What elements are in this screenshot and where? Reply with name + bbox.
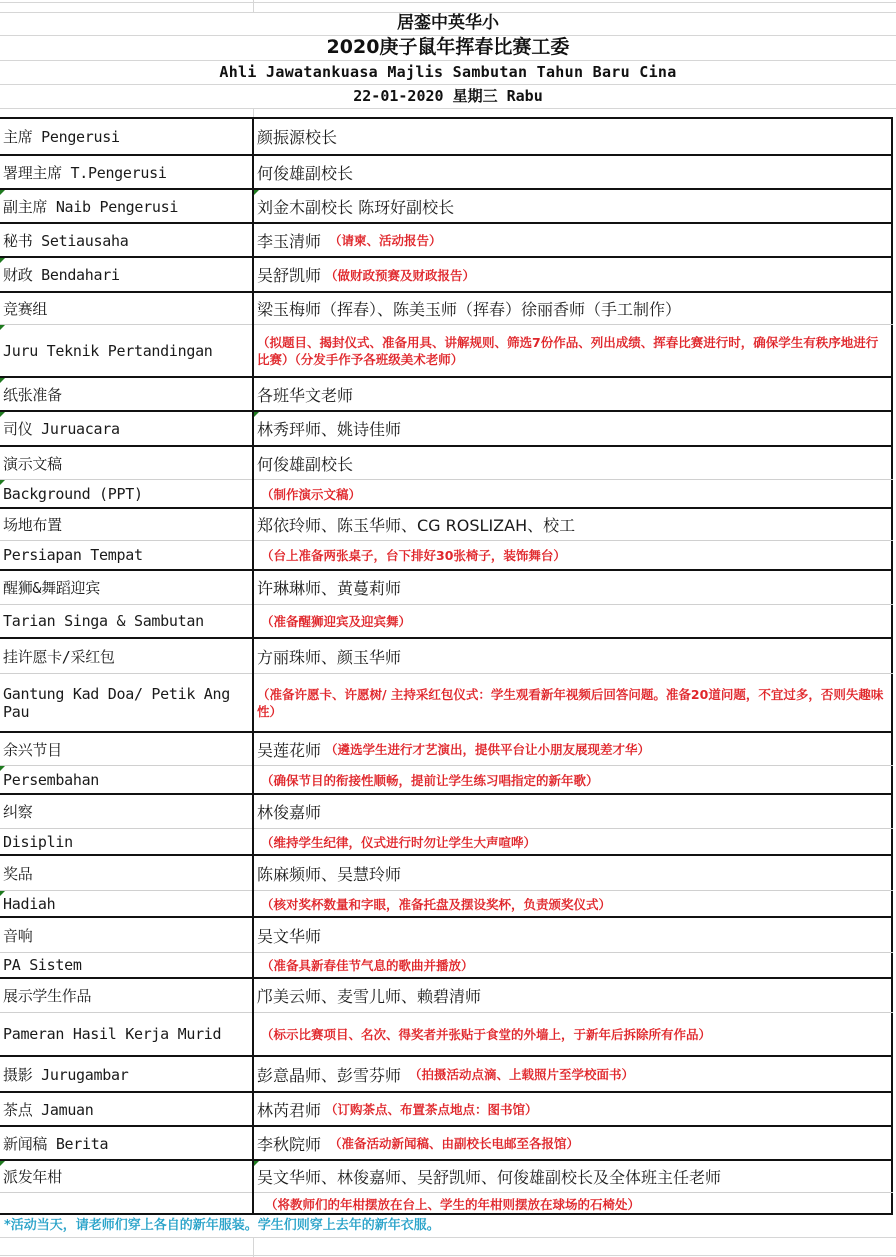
committee-table: 主席 Pengerusi 颜振源校长 署理主席 T.Pengerusi 何俊雄副… — [0, 117, 893, 1215]
members: 彭意晶师、彭雪芬师 — [257, 1063, 401, 1086]
task-note: （准备活动新闻稿、由副校长电邮至各报馆） — [329, 1134, 579, 1152]
task-note: （准备醒狮迎宾及迎宾舞） — [261, 612, 411, 630]
task-note: （标示比赛项目、名次、得奖者并张贴于食堂的外墙上，于新年后拆除所有作品） — [261, 1025, 711, 1043]
table-row: 演示文稿 何俊雄副校长 — [0, 445, 893, 479]
table-row: Persiapan Tempat （台上准备两张桌子，台下排好30张椅子，装饰舞… — [0, 540, 893, 569]
table-row: 余兴节目 吴莲花师（遴选学生进行才艺演出，提供平台让小朋友展现差才华） — [0, 731, 893, 765]
spreadsheet: 居銮中英华小 2020庚子鼠年挥春比赛工委 Ahli Jawatankuasa … — [0, 0, 896, 1257]
table-row: Disiplin （维持学生纪律，仪式进行时勿让学生大声喧哗） — [0, 828, 893, 854]
role-label: 竞赛组 — [3, 298, 47, 319]
gridline — [0, 1237, 896, 1238]
members: 何俊雄副校长 — [257, 161, 353, 184]
task-note: （请柬、活动报告） — [329, 231, 442, 249]
role-label: 秘书 Setiausaha — [3, 230, 128, 251]
task-note: （做财政预赛及财政报告） — [325, 266, 475, 284]
subtitle-malay: Ahli Jawatankuasa Majlis Sambutan Tahun … — [0, 60, 896, 84]
role-label: 纠察 — [3, 801, 32, 822]
table-row: 茶点 Jamuan 林芮君师（订购茶点、布置茶点地点：图书馆） — [0, 1091, 893, 1125]
members: 吴舒凯师 — [257, 263, 321, 286]
table-row: 副主席 Naib Pengerusi 刘金木副校长 陈玡好副校长 — [0, 188, 893, 222]
members: 郑依玲师、陈玉华师、CG ROSLIZAH、校工 — [257, 513, 575, 536]
members: 林芮君师 — [257, 1098, 321, 1121]
table-row: 纠察 林俊嘉师 — [0, 793, 893, 828]
role-label: 茶点 Jamuan — [3, 1099, 94, 1120]
footer-note: *活动当天，请老师们穿上各自的新年服装。学生们则穿上去年的新年衣服。 — [4, 1215, 440, 1237]
table-row: Persembahan （确保节目的衔接性顺畅，提前让学生练习唱指定的新年歌） — [0, 765, 893, 793]
task-note: （将教师们的年柑摆放在台上、学生的年柑则摆放在球场的石椅处） — [265, 1195, 640, 1213]
task-note: （订购茶点、布置茶点地点：图书馆） — [325, 1100, 538, 1118]
table-row: 司仪 Juruacara 林秀玶师、姚诗佳师 — [0, 410, 893, 445]
role-label: Persiapan Tempat — [3, 546, 143, 564]
role-label: 司仪 Juruacara — [3, 418, 120, 439]
role-label: Juru Teknik Pertandingan — [3, 342, 213, 360]
role-label: Background (PPT) — [3, 485, 143, 503]
role-label: 演示文稿 — [3, 453, 62, 474]
table-row: PA Sistem （准备具新春佳节气息的歌曲并播放） — [0, 952, 893, 977]
gridline — [253, 0, 254, 12]
members: 许琳琳师、黄蔓莉师 — [257, 576, 401, 599]
members: 何俊雄副校长 — [257, 452, 353, 475]
task-note: （核对奖杯数量和字眼，准备托盘及摆设奖杯，负责颁奖仪式） — [261, 895, 611, 913]
members: 方丽珠师、颜玉华师 — [257, 645, 401, 668]
page-title: 2020庚子鼠年挥春比赛工委 — [0, 35, 896, 60]
role-label: 挂许愿卡/采红包 — [3, 646, 115, 667]
table-row: 摄影 Jurugambar 彭意晶师、彭雪芬师（拍摄活动点滴、上载照片至学校面书… — [0, 1055, 893, 1091]
role-label: Gantung Kad Doa/ Petik Ang Pau — [3, 685, 252, 721]
event-date: 22-01-2020 星期三 Rabu — [0, 84, 896, 108]
table-row: 奖品 陈麻频师、吴慧玲师 — [0, 854, 893, 890]
role-label: 新闻稿 Berita — [3, 1133, 108, 1154]
role-label: 余兴节目 — [3, 739, 62, 760]
role-label: Persembahan — [3, 771, 99, 789]
gridline — [253, 1237, 254, 1257]
gridline — [0, 1255, 896, 1256]
role-label: 署理主席 T.Pengerusi — [3, 162, 167, 183]
members: 林俊嘉师 — [257, 800, 321, 823]
gridline — [253, 108, 254, 117]
table-row: 竞赛组 梁玉梅师（挥春）、陈美玉师（挥春）徐丽香师（手工制作） — [0, 291, 893, 324]
role-label: 纸张准备 — [3, 384, 62, 405]
school-name: 居銮中英华小 — [0, 12, 896, 35]
table-row: Pameran Hasil Kerja Murid （标示比赛项目、名次、得奖者… — [0, 1012, 893, 1055]
table-row: 主席 Pengerusi 颜振源校长 — [0, 119, 893, 154]
role-label: 音响 — [3, 925, 32, 946]
members: 颜振源校长 — [257, 125, 337, 148]
role-label: 派发年柑 — [3, 1166, 62, 1187]
table-row: 挂许愿卡/采红包 方丽珠师、颜玉华师 — [0, 637, 893, 673]
role-label: Tarian Singa & Sambutan — [3, 612, 204, 630]
members: 吴文华师、林俊嘉师、吴舒凯师、何俊雄副校长及全体班主任老师 — [257, 1165, 721, 1188]
role-label: PA Sistem — [3, 956, 82, 974]
role-label: 财政 Bendahari — [3, 264, 120, 285]
gridline — [0, 2, 896, 3]
role-label: Disiplin — [3, 833, 73, 851]
task-note: （遴选学生进行才艺演出，提供平台让小朋友展现差才华） — [325, 740, 650, 758]
task-note: （确保节目的衔接性顺畅，提前让学生练习唱指定的新年歌） — [261, 771, 599, 789]
members: 刘金木副校长 陈玡好副校长 — [257, 195, 454, 218]
table-row: 醒狮&舞蹈迎宾 许琳琳师、黄蔓莉师 — [0, 569, 893, 604]
members: 李秋院师 — [257, 1132, 321, 1155]
table-row: Tarian Singa & Sambutan （准备醒狮迎宾及迎宾舞） — [0, 604, 893, 637]
role-label: 奖品 — [3, 863, 32, 884]
table-row: 场地布置 郑依玲师、陈玉华师、CG ROSLIZAH、校工 — [0, 507, 893, 540]
members: 李玉清师 — [257, 229, 321, 252]
task-note: （准备具新春佳节气息的歌曲并播放） — [261, 956, 474, 974]
members: 梁玉梅师（挥春）、陈美玉师（挥春）徐丽香师（手工制作） — [257, 297, 681, 320]
table-row: 纸张准备 各班华文老师 — [0, 376, 893, 410]
role-label: 摄影 Jurugambar — [3, 1064, 128, 1085]
table-row: Background (PPT) （制作演示文稿） — [0, 479, 893, 507]
task-note: （拍摄活动点滴、上载照片至学校面书） — [409, 1065, 634, 1083]
table-row: 派发年柑 吴文华师、林俊嘉师、吴舒凯师、何俊雄副校长及全体班主任老师 — [0, 1159, 893, 1192]
task-note: （台上准备两张桌子，台下排好30张椅子，装饰舞台） — [261, 546, 566, 564]
role-label: Hadiah — [3, 895, 55, 913]
task-note: （制作演示文稿） — [261, 485, 361, 503]
task-note: （维持学生纪律，仪式进行时勿让学生大声喧哗） — [261, 833, 536, 851]
table-row: 署理主席 T.Pengerusi 何俊雄副校长 — [0, 154, 893, 188]
role-label: 主席 Pengerusi — [3, 126, 120, 147]
role-label: 醒狮&舞蹈迎宾 — [3, 577, 100, 598]
table-row: 新闻稿 Berita 李秋院师（准备活动新闻稿、由副校长电邮至各报馆） — [0, 1125, 893, 1159]
role-label: 展示学生作品 — [3, 985, 91, 1006]
members: 各班华文老师 — [257, 383, 353, 406]
task-note: （准备许愿卡、许愿树/ 主持采红包仪式：学生观看新年视频后回答问题。准备20道问… — [257, 686, 890, 720]
role-label: 副主席 Naib Pengerusi — [3, 196, 178, 217]
members: 陈麻频师、吴慧玲师 — [257, 862, 401, 885]
members: 吴莲花师 — [257, 738, 321, 761]
column-divider — [252, 117, 254, 1215]
table-row: （将教师们的年柑摆放在台上、学生的年柑则摆放在球场的石椅处） — [0, 1192, 893, 1215]
table-row: 音响 吴文华师 — [0, 916, 893, 952]
table-row: Gantung Kad Doa/ Petik Ang Pau （准备许愿卡、许愿… — [0, 673, 893, 731]
role-label: 场地布置 — [3, 514, 62, 535]
table-row: Juru Teknik Pertandingan （拟题目、揭封仪式、准备用具、… — [0, 324, 893, 376]
table-row: 秘书 Setiausaha 李玉清师（请柬、活动报告） — [0, 222, 893, 256]
table-row: 展示学生作品 邝美云师、麦雪儿师、赖碧清师 — [0, 977, 893, 1012]
table-row: 财政 Bendahari 吴舒凯师（做财政预赛及财政报告） — [0, 256, 893, 291]
role-label: Pameran Hasil Kerja Murid — [3, 1025, 221, 1043]
members: 邝美云师、麦雪儿师、赖碧清师 — [257, 984, 481, 1007]
table-row: Hadiah （核对奖杯数量和字眼，准备托盘及摆设奖杯，负责颁奖仪式） — [0, 890, 893, 916]
gridline — [0, 108, 896, 109]
task-note: （拟题目、揭封仪式、准备用具、讲解规则、筛选7份作品、列出成绩、挥春比赛进行时，… — [257, 334, 890, 368]
members: 吴文华师 — [257, 924, 321, 947]
members: 林秀玶师、姚诗佳师 — [257, 417, 401, 440]
